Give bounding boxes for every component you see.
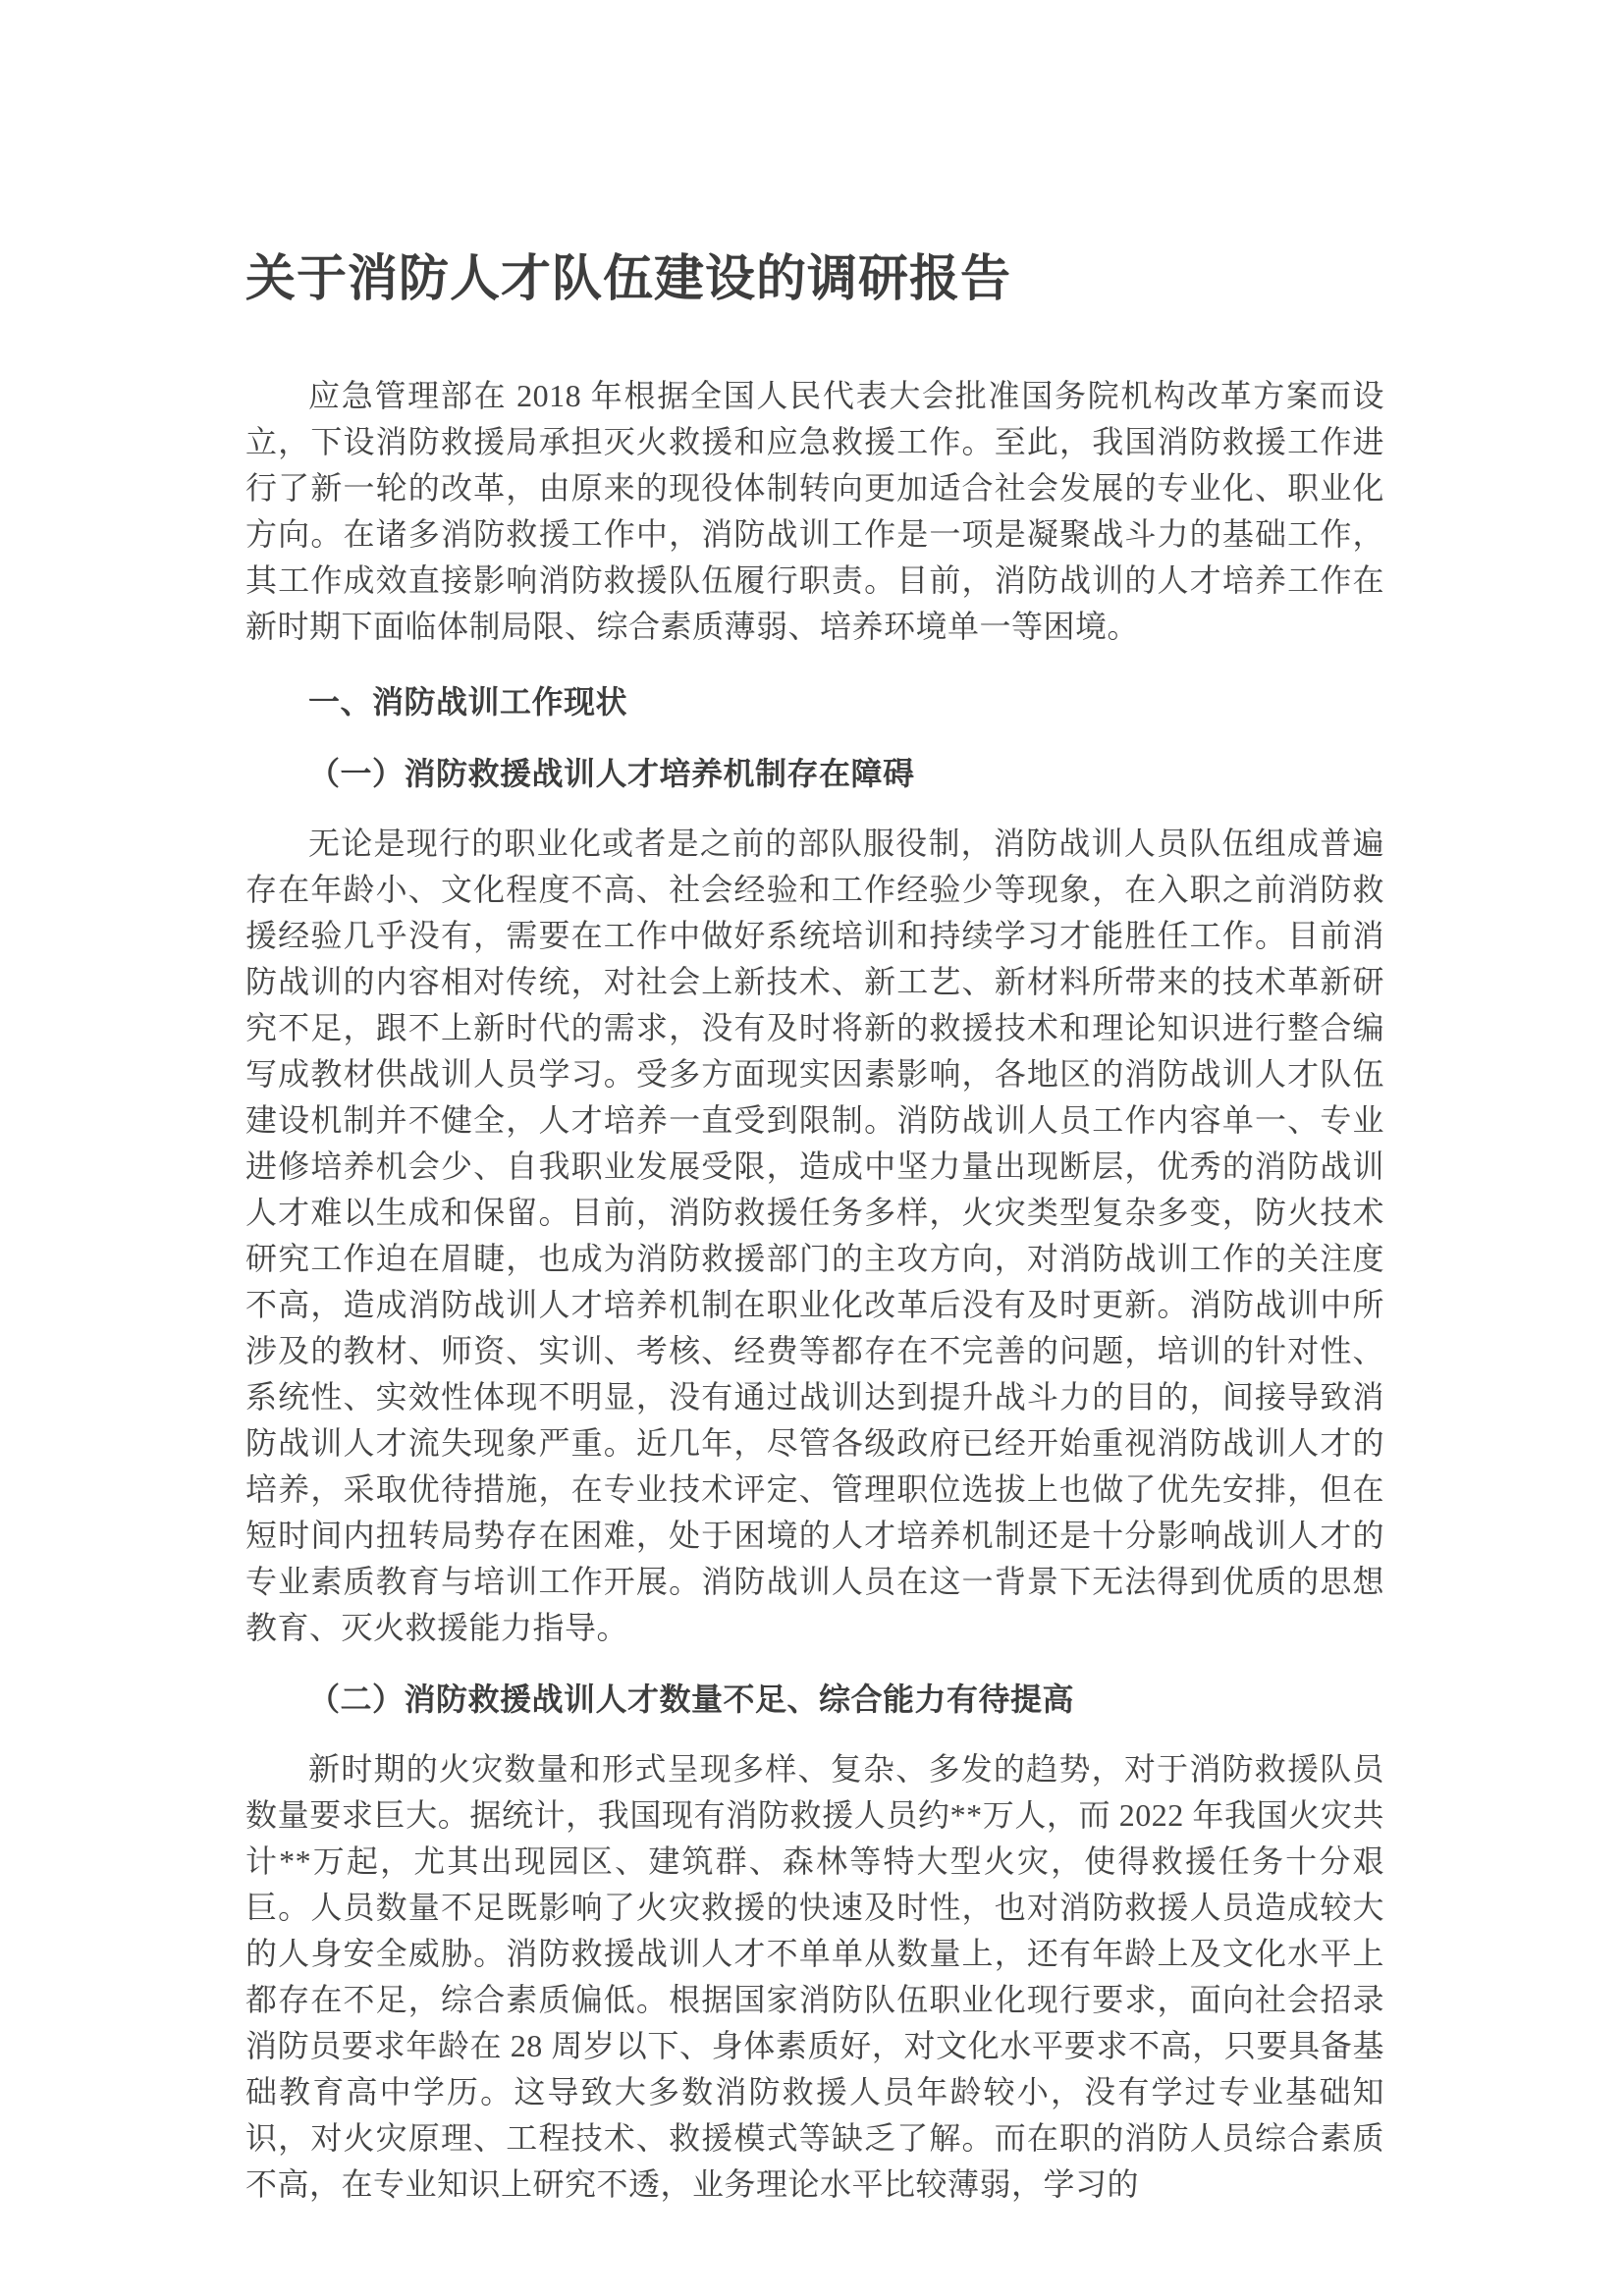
intro-paragraph: 应急管理部在 2018 年根据全国人民代表大会批准国务院机构改革方案而设立，下设…: [245, 373, 1384, 650]
subsection-1-1-heading: （一）消防救援战训人才培养机制存在障碍: [245, 751, 1384, 797]
document-title: 关于消防人才队伍建设的调研报告: [245, 247, 1384, 310]
subsection-1-1-paragraph: 无论是现行的职业化或者是之前的部队服役制，消防战训人员队伍组成普遍存在年龄小、文…: [245, 821, 1384, 1651]
section-1-heading: 一、消防战训工作现状: [245, 679, 1384, 725]
subsection-1-2-heading: （二）消防救援战训人才数量不足、综合能力有待提高: [245, 1677, 1384, 1723]
subsection-1-2-paragraph: 新时期的火灾数量和形式呈现多样、复杂、多发的趋势，对于消防救援队员数量要求巨大。…: [245, 1746, 1384, 2208]
document-page: 关于消防人才队伍建设的调研报告 应急管理部在 2018 年根据全国人民代表大会批…: [0, 0, 1624, 2296]
